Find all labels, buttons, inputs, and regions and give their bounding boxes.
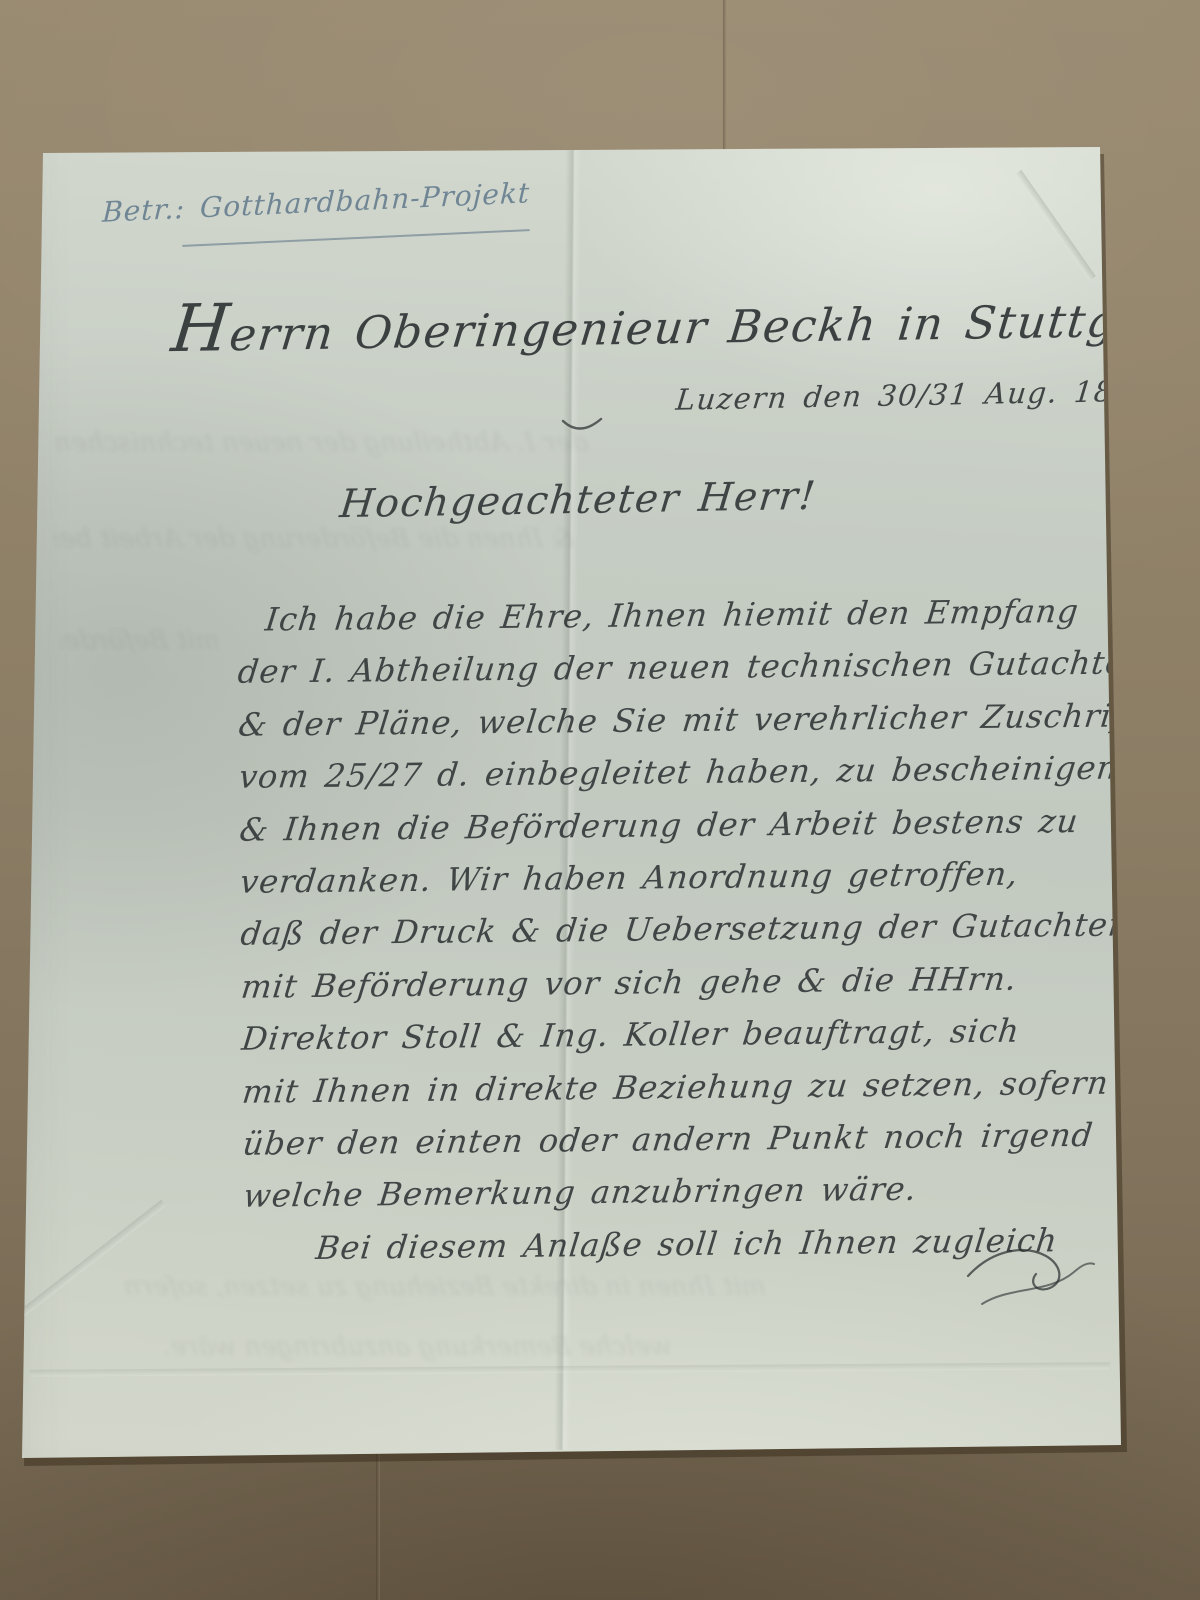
bleed-through-text: welche Bemerkung anzubringen wäre.	[50, 1332, 673, 1362]
archival-note: Betr.: Gotthardbahn-Projekt	[102, 176, 531, 229]
corner-crease-bottom-left	[4, 1200, 167, 1329]
body-line: vom 25/27 d. einbegleitet haben, zu besc…	[235, 748, 1150, 810]
cardboard-seam-bottom	[376, 1452, 380, 1600]
body-line: welche Bemerkung anzubringen wäre.	[240, 1167, 1155, 1229]
note-underline-flourish	[182, 229, 530, 247]
ink-underscore-mark	[560, 415, 604, 435]
body-line: & Ihnen die Beförderung der Arbeit beste…	[236, 801, 1151, 863]
body-line: Bei diesem Anlaße soll ich Ihnen zugleic…	[240, 1220, 1155, 1282]
letter-body: Ich habe die Ehre, Ihnen hiemit den Empf…	[236, 591, 1152, 1282]
bleed-through-text: mit Beförderung vor sich gehe & die HHrn…	[58, 626, 221, 656]
letter-paper: der I. Abtheilung der neuen technischen …	[0, 0, 1200, 1600]
dateline: Luzern den 30/31 Aug. 1864.	[674, 373, 1166, 416]
bleed-through-text: der I. Abtheilung der neuen technischen …	[46, 428, 589, 458]
corner-crease-top-right	[1015, 170, 1096, 281]
salutation: Hochgeachteter Herr!	[338, 474, 819, 527]
horizontal-fold-crease	[30, 1362, 1110, 1377]
cardboard-seam-top	[723, 0, 727, 152]
body-line: der I. Abtheilung der neuen technischen …	[234, 644, 1149, 706]
body-line: daß der Druck & die Uebersetzung der Gut…	[237, 906, 1152, 968]
body-line: mit Ihnen in direkte Beziehung zu setzen…	[239, 1063, 1154, 1125]
bleed-through-text: & Ihnen die Beförderung der Arbeit beste…	[52, 524, 575, 554]
address-line: Herrn Oberingenieur Beckh in Stuttgart.	[168, 275, 1200, 367]
photo-scene: der I. Abtheilung der neuen technischen …	[0, 0, 1200, 1600]
body-line: mit Beförderung vor sich gehe & die HHrn…	[238, 958, 1153, 1020]
body-line: Direktor Stoll & Ing. Koller beauftragt,…	[238, 1010, 1153, 1072]
